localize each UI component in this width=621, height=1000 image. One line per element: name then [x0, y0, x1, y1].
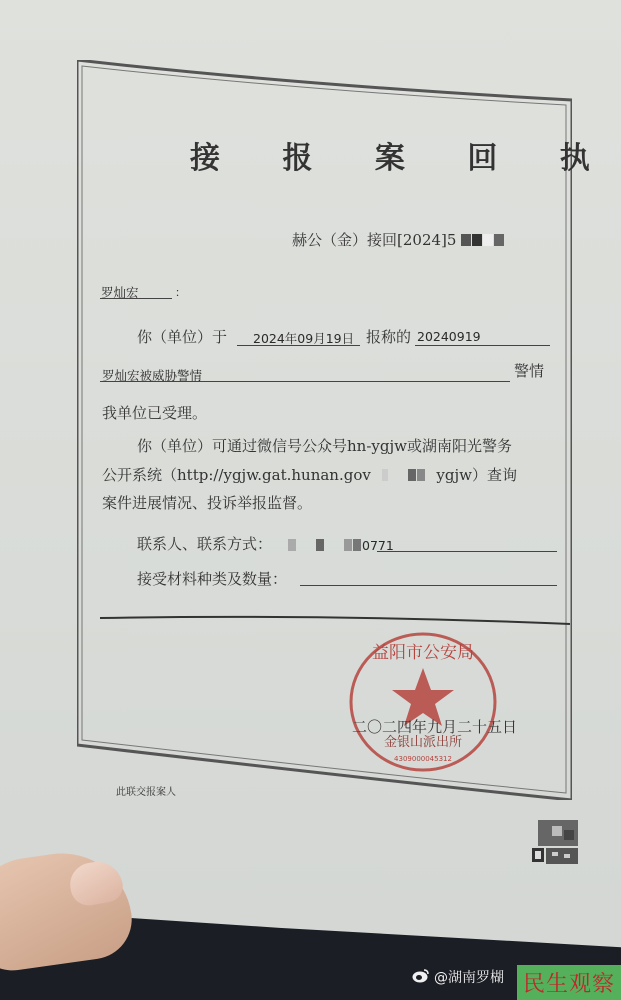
- report-underline: [415, 345, 550, 346]
- line1-prefix: 你（单位）于: [137, 326, 227, 347]
- recipient-underline: [100, 298, 172, 299]
- weibo-icon: [412, 968, 430, 987]
- watermark-handle: @湖南罗楜: [434, 967, 504, 987]
- materials-underline: [300, 585, 557, 586]
- info-line-3: 案件进展情况、投诉举报监督。: [102, 492, 312, 513]
- reference-suffix: 5: [447, 231, 457, 249]
- contact-value: 0771: [288, 536, 394, 555]
- reference-number: 赫公（金）接回[2024]5: [292, 229, 505, 250]
- info-line-2-prefix: 公开系统（http://ygjw.gat.hunan.gov: [102, 466, 371, 484]
- seal-serial: 4309000045312: [394, 755, 452, 763]
- document-photo: 接 报 案 回 执 赫公（金）接回[2024]5 罗灿宏 ： 你（单位）于 20…: [0, 0, 621, 1000]
- document-title: 接 报 案 回 执: [190, 133, 616, 177]
- seal-outer-text: 益阳市公安局: [372, 643, 474, 663]
- report-number-value: 20240919: [417, 329, 481, 344]
- info-line-1: 你（单位）可通过微信号公众号hn-ygjw或湖南阳光警务: [137, 435, 512, 456]
- info-line-2-suffix: ygjw）查询: [436, 466, 517, 484]
- accepted-text: 我单位已受理。: [102, 402, 207, 423]
- case-underline: [100, 381, 510, 382]
- recipient-colon: ：: [175, 284, 186, 300]
- watermark-badge: 民生观察: [517, 965, 621, 1000]
- official-seal: 益阳市公安局 金银山派出所 4309000045312: [343, 628, 503, 776]
- reference-prefix: 赫公（金）接回[2024]: [292, 231, 447, 249]
- materials-label: 接受材料种类及数量：: [137, 568, 287, 589]
- date-underline: [237, 345, 360, 346]
- line1-middle: 报称的: [366, 326, 411, 347]
- qr-code: [532, 820, 580, 868]
- footnote: 此联交报案人: [116, 783, 176, 798]
- issue-date: 二〇二四年九月二十五日: [352, 716, 517, 737]
- info-line-2: 公开系统（http://ygjw.gat.hunan.gov ygjw）查询: [102, 464, 517, 485]
- contact-underline: [377, 551, 557, 552]
- watermark: @湖南罗楜: [412, 967, 504, 987]
- url-redaction: [382, 467, 426, 485]
- contact-label: 联系人、联系方式：: [137, 533, 272, 554]
- redaction-mosaic: [461, 232, 505, 250]
- contact-redaction: [288, 537, 362, 555]
- case-suffix: 警情: [514, 360, 544, 381]
